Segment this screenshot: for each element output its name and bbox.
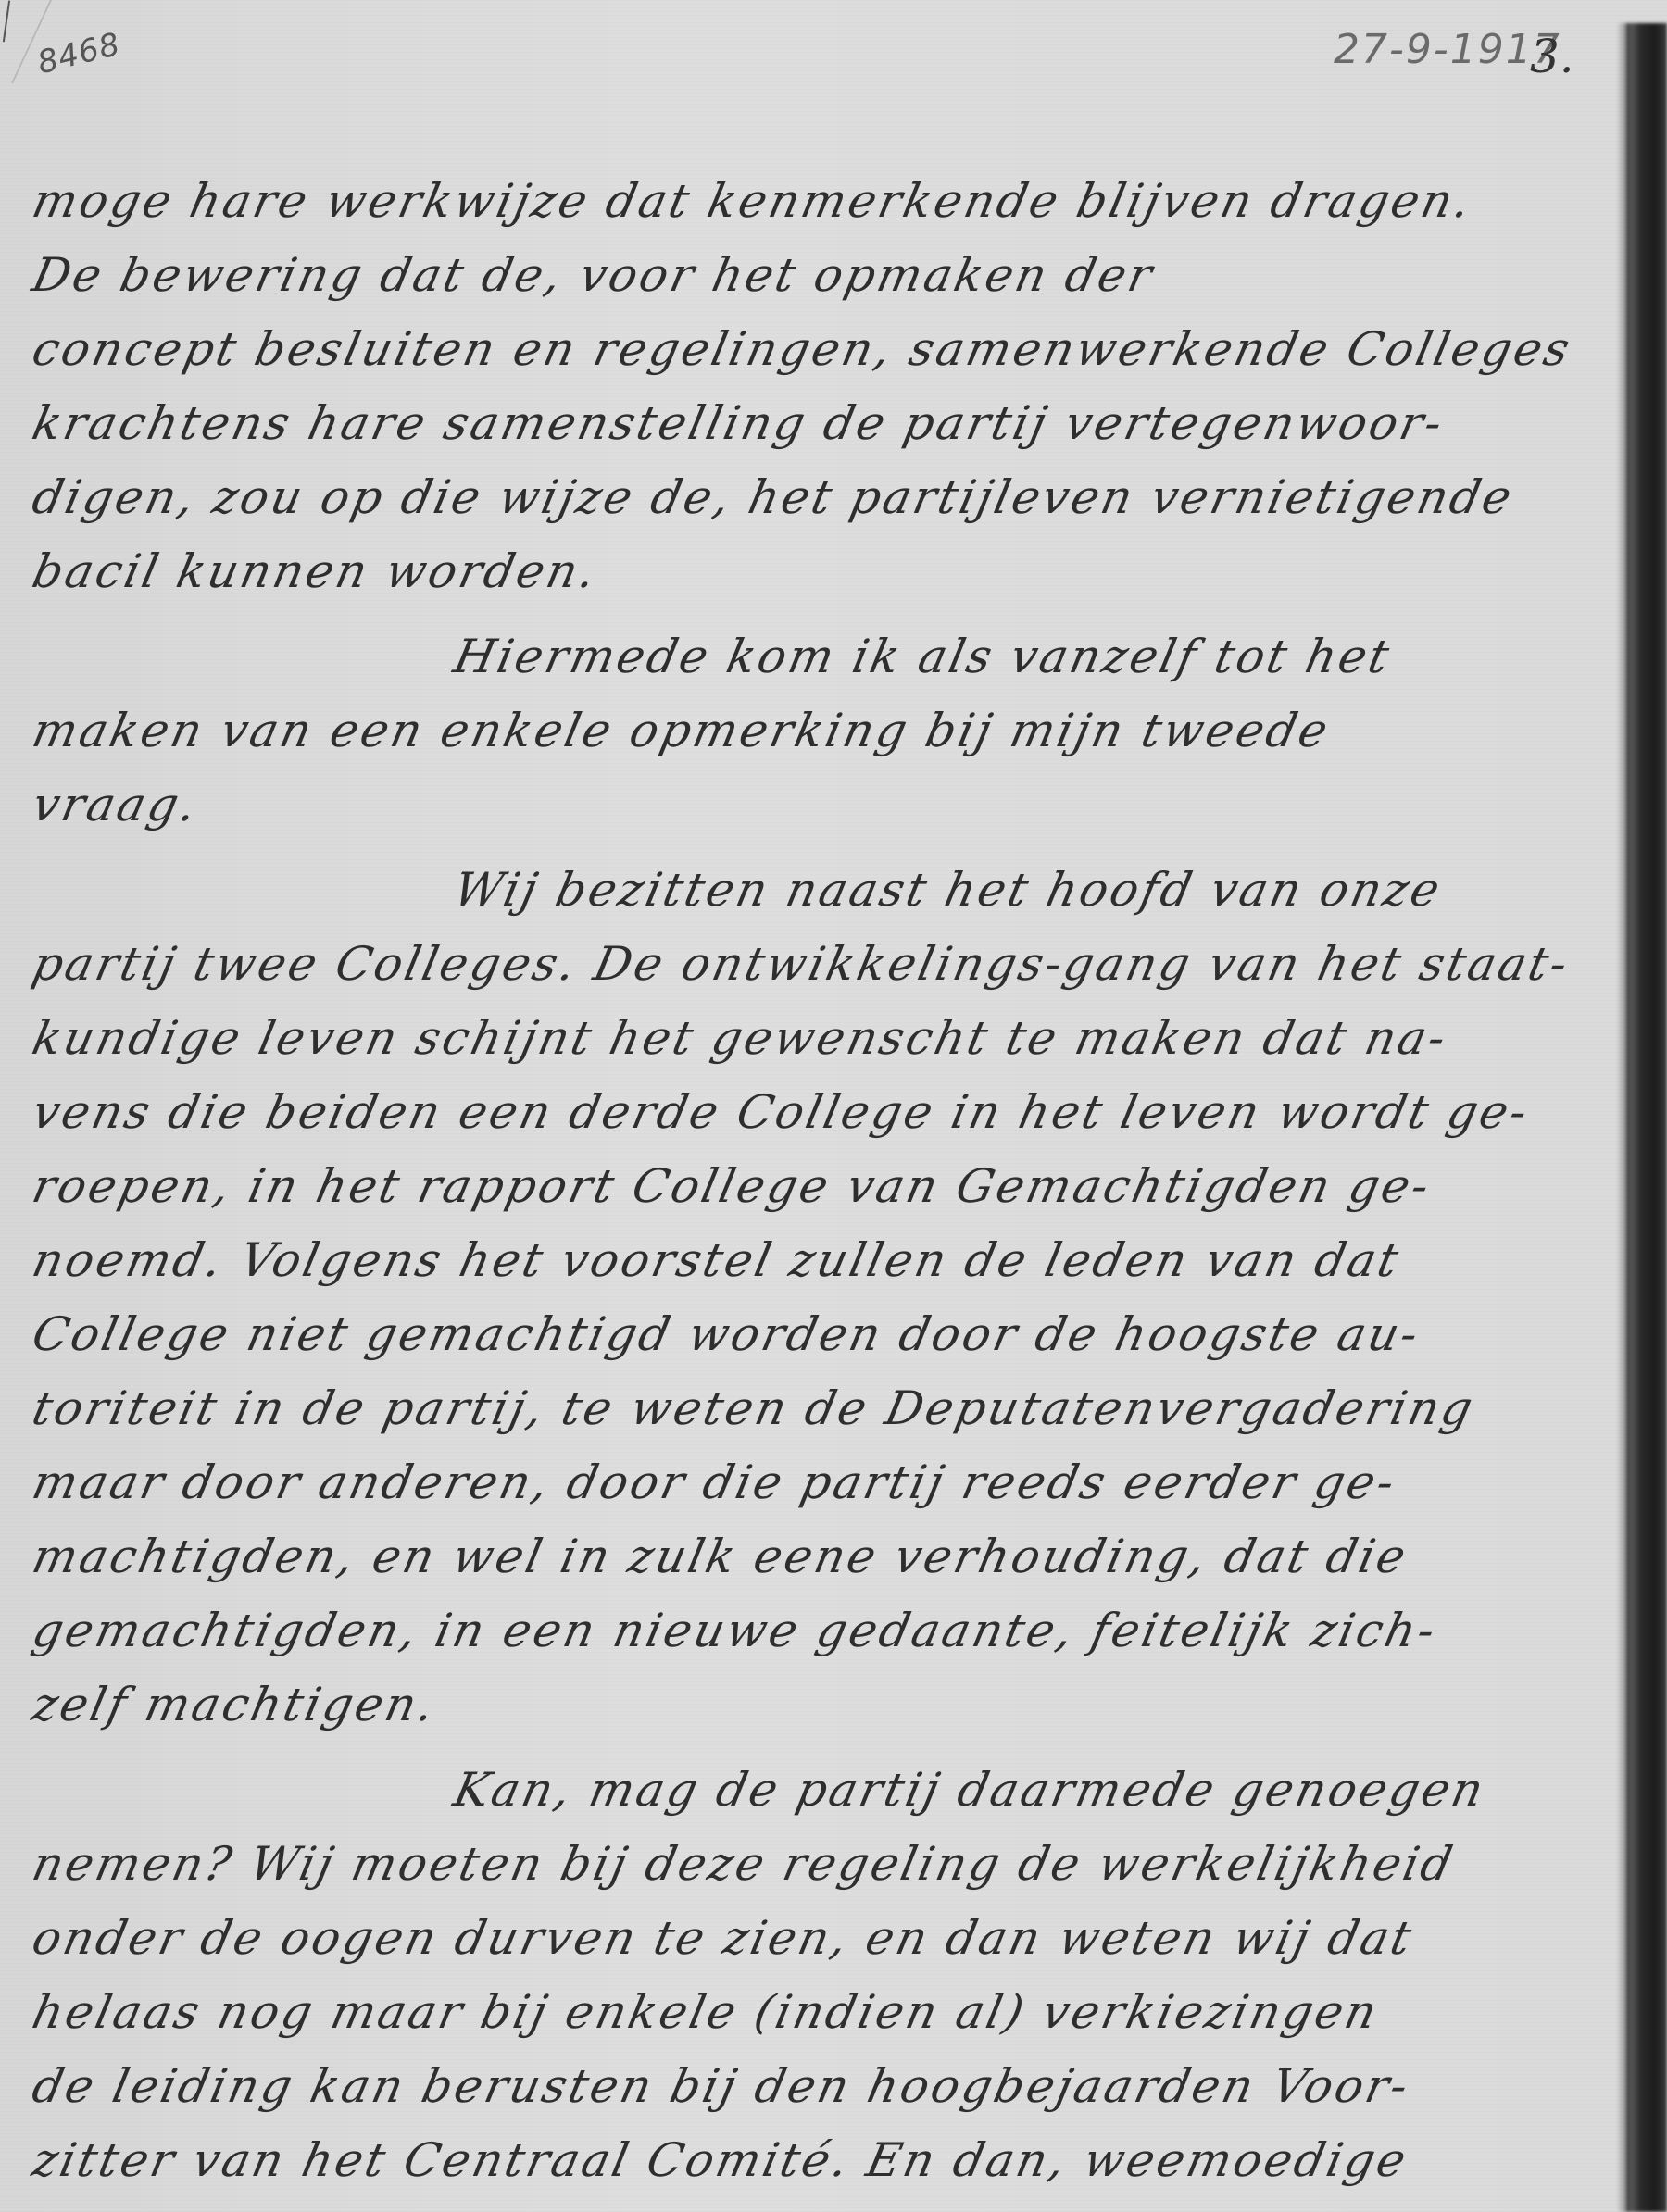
handwritten-line: nemen? Wij moeten bij deze regeling de w… [28, 1837, 1460, 1891]
handwritten-line: maken van een enkele opmerking bij mijn … [28, 704, 1335, 757]
binding-shadow-edge [1626, 23, 1667, 2212]
handwritten-line: Kan, mag de partij daarmede genoegen [449, 1763, 1491, 1817]
handwritten-line: College niet gemachtigd worden door de h… [28, 1307, 1425, 1361]
handwritten-line: gemachtigden, in een nieuwe gedaante, fe… [28, 1604, 1442, 1657]
handwritten-line: Wij bezitten naast het hoofd van onze [449, 863, 1447, 917]
handwritten-line: vraag. [28, 778, 204, 831]
handwritten-line: zitter van het Centraal Comité. En dan, … [28, 2133, 1413, 2187]
handwritten-line: onder de oogen durven te zien, en dan we… [28, 1911, 1419, 1965]
handwritten-line: De bewering dat de, voor het opmaken der [28, 248, 1159, 302]
handwritten-line: toriteit in de partij, te weten de Deput… [28, 1381, 1480, 1435]
handwritten-line: de leiding kan berusten bij den hoogbeja… [28, 2059, 1415, 2113]
manuscript-page: 8468 27-9-1917 3. moge hare werkwijze da… [0, 0, 1667, 2212]
page-number: 3. [1530, 30, 1574, 83]
handwritten-line: maar door anderen, door die partij reeds… [28, 1456, 1402, 1509]
date-annotation: 27-9-1917 [1334, 26, 1561, 73]
handwritten-line: moge hare werkwijze dat kenmerkende blij… [28, 174, 1478, 228]
handwritten-line: krachtens hare samenstelling de partij v… [28, 396, 1449, 450]
handwritten-line: helaas nog maar bij enkele (indien al) v… [28, 1985, 1384, 2039]
handwritten-line: partij twee Colleges. De ontwikkelings-g… [28, 937, 1574, 991]
handwritten-line: Hiermede kom ik als vanzelf tot het [449, 630, 1397, 683]
handwritten-line: bacil kunnen worden. [28, 544, 603, 598]
handwritten-line: noemd. Volgens het voorstel zullen de le… [28, 1233, 1406, 1287]
archive-number: 8468 [34, 26, 125, 82]
handwritten-line: concept besluiten en regelingen, samenwe… [28, 322, 1577, 376]
handwritten-line: vens die beiden een derde College in het… [28, 1085, 1535, 1139]
handwritten-line: machtigden, en wel in zulk eene verhoudi… [28, 1530, 1413, 1583]
handwritten-line: zelf machtigen. [28, 1678, 442, 1731]
handwritten-line: kundige leven schijnt het gewenscht te m… [28, 1011, 1453, 1065]
handwritten-line: digen, zou op die wijze de, het partijle… [28, 470, 1519, 524]
handwritten-line: roepen, in het rapport College van Gemac… [28, 1159, 1436, 1213]
